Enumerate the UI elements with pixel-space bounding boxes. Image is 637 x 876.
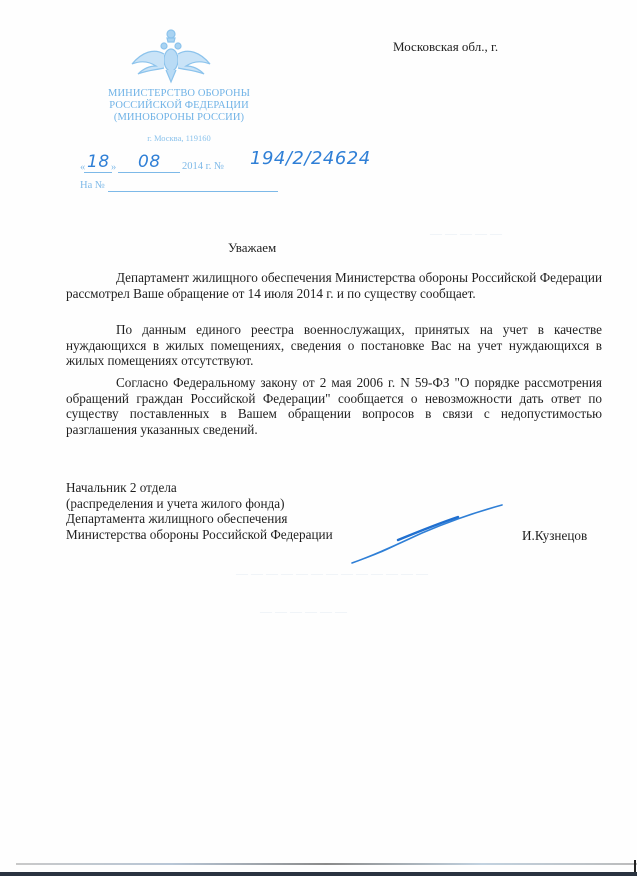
month-underline — [118, 172, 180, 173]
scan-edge-line — [16, 863, 637, 865]
handwritten-signature — [340, 495, 520, 570]
ministry-line-1: МИНИСТЕРСТВО ОБОРОНЫ — [70, 88, 288, 100]
scan-artifact: — — — — — — [430, 226, 502, 241]
day-underline — [84, 172, 112, 173]
paragraph-2: По данным единого реестра военнослужащих… — [66, 322, 602, 369]
ministry-city: г. Москва, 119160 — [70, 133, 288, 143]
registration-day: 18 — [87, 152, 110, 172]
registration-month: 08 — [138, 152, 161, 172]
recipient-address: Московская обл., г. — [393, 39, 498, 55]
position-line-2: (распределения и учета жилого фонда) — [66, 496, 333, 512]
double-headed-eagle-icon — [130, 26, 212, 84]
greeting: Уважаем — [228, 240, 276, 256]
position-line-1: Начальник 2 отдела — [66, 480, 333, 496]
year-label: 2014 г. № — [182, 161, 224, 172]
position-line-3: Департамента жилищного обеспечения — [66, 511, 333, 527]
scan-artifact: — — — — — — — [260, 604, 347, 619]
reply-to-label: На № — [80, 180, 105, 191]
scan-bottom-border — [0, 872, 637, 876]
ministry-name: МИНИСТЕРСТВО ОБОРОНЫ РОССИЙСКОЙ ФЕДЕРАЦИ… — [70, 88, 288, 124]
paragraph-3: Согласно Федеральному закону от 2 мая 20… — [66, 375, 602, 437]
paragraph-1: Департамент жилищного обеспечения Минист… — [66, 270, 602, 301]
scan-artifact: — — — — — — — — — — — — — — [236, 566, 428, 581]
signer-position: Начальник 2 отдела (распределения и учет… — [66, 480, 333, 542]
registration-number: 194/2/24624 — [250, 148, 371, 169]
position-line-4: Министерства обороны Российской Федераци… — [66, 527, 333, 543]
letter-page: МИНИСТЕРСТВО ОБОРОНЫ РОССИЙСКОЙ ФЕДЕРАЦИ… — [0, 0, 637, 876]
reply-to-underline — [108, 191, 278, 192]
ministry-line-2: РОССИЙСКОЙ ФЕДЕРАЦИИ — [70, 100, 288, 112]
signer-name: И.Кузнецов — [522, 528, 587, 544]
ministry-line-3: (МИНОБОРОНЫ РОССИИ) — [70, 112, 288, 124]
